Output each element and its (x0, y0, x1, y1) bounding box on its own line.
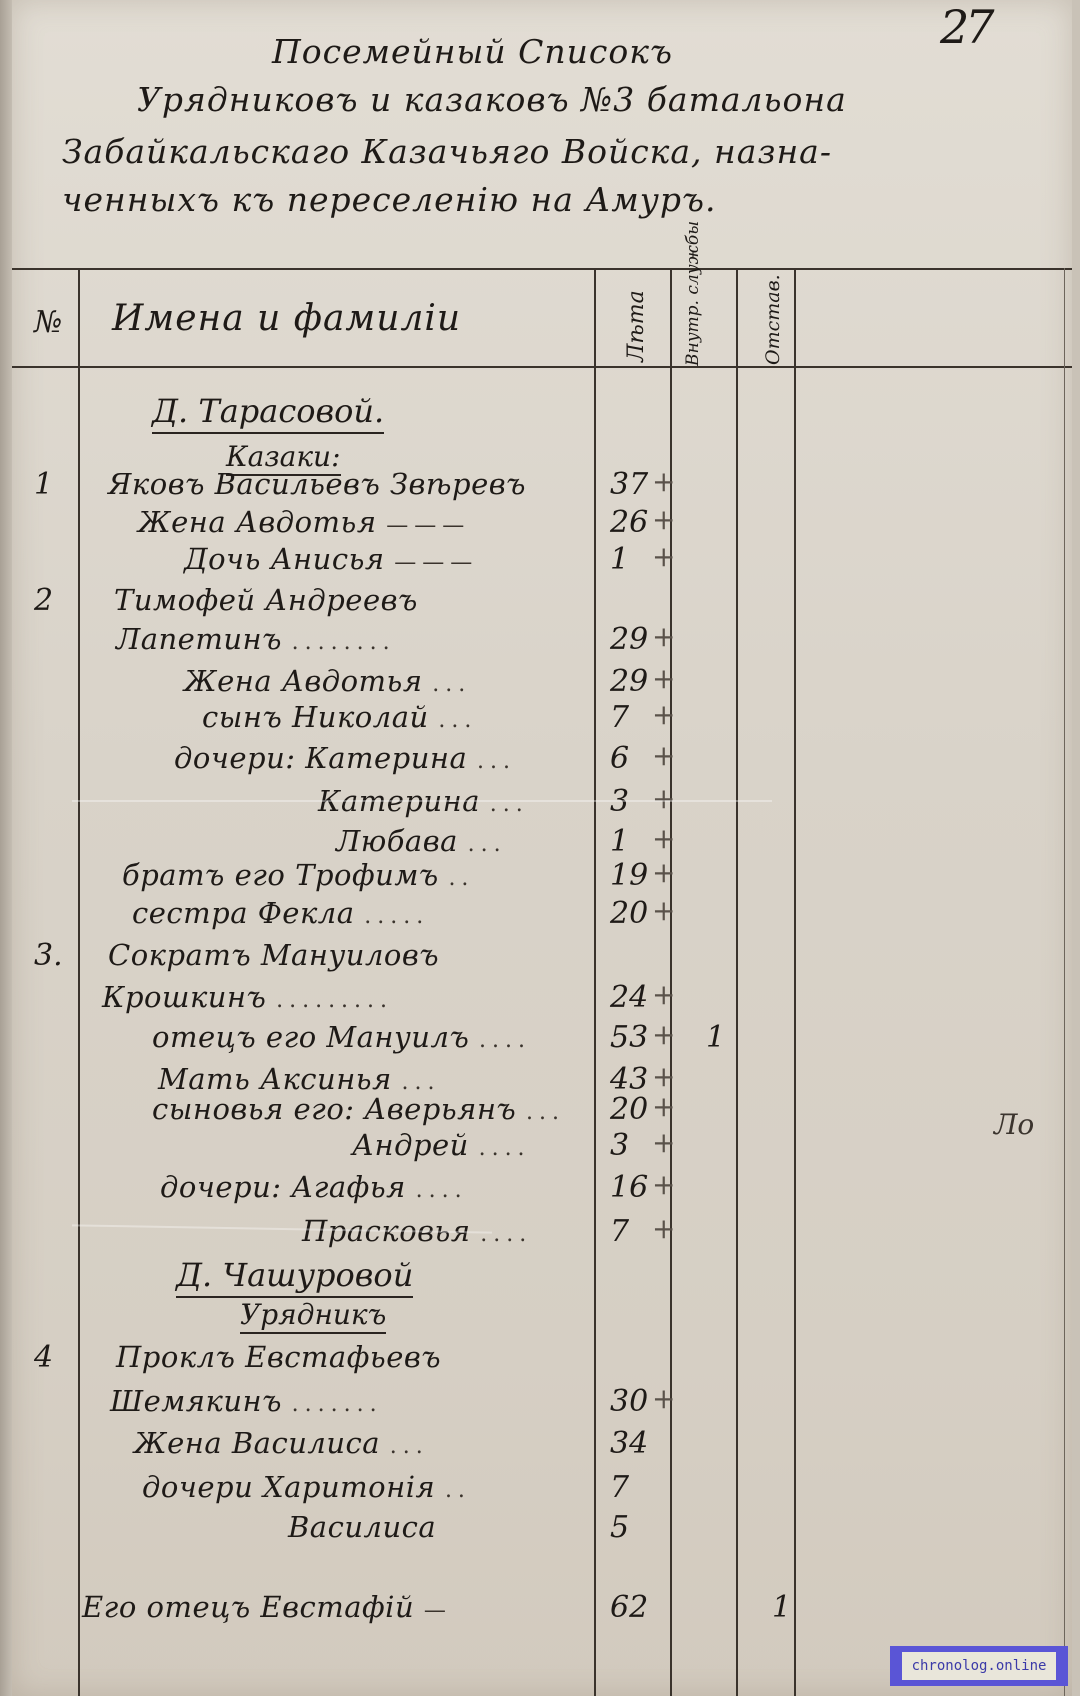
row-name: братъ его Трофимъ .. (122, 858, 474, 892)
table-top-rule (12, 268, 1072, 270)
row-name: Василиса (288, 1510, 436, 1544)
page-border (1064, 268, 1065, 1696)
section-village-heading: Д. Чашуровой (176, 1256, 413, 1298)
table-row: Лапетинъ ........ 29 + (12, 622, 812, 662)
table-row: дочери: Катерина ... 6 + (12, 741, 812, 781)
row-name: Жена Авдотья ... (184, 664, 471, 698)
table-row: дочери: Агафья .... 16 + (12, 1170, 812, 1210)
paper-crease (72, 800, 772, 802)
row-age: 29 (610, 664, 648, 699)
watermark-text: chronolog.online (902, 1652, 1056, 1680)
table-row: Василиса 5 (12, 1510, 812, 1550)
table-row: Крошкинъ ......... 24 + (12, 980, 812, 1020)
row-age: 1 (610, 542, 629, 577)
section-village-heading: Д. Тарасовой. (152, 392, 384, 434)
row-name: сыновья его: Аверьянъ ... (152, 1092, 565, 1126)
row-check-mark: + (652, 465, 675, 498)
table-row: Дочь Аниcья ——— 1 + (12, 542, 812, 582)
row-age: 34 (610, 1426, 648, 1461)
row-check-mark: + (652, 620, 675, 653)
row-age: 30 (610, 1384, 648, 1419)
table-row: 3. Сократъ Мануиловъ (12, 938, 812, 978)
margin-annotation: Ло (994, 1108, 1034, 1141)
row-check-mark: + (652, 856, 675, 889)
row-age: 3 (610, 1128, 629, 1163)
title-line: Посемейный Списокъ (272, 32, 673, 71)
row-name: Проклъ Евстафьевъ (116, 1340, 441, 1374)
row-age: 26 (610, 505, 648, 540)
row-retired: 1 (772, 1590, 791, 1625)
row-check-mark: + (652, 894, 675, 927)
table-row: 2 Тимофей Андреевъ (12, 583, 812, 623)
row-check-mark: + (652, 739, 675, 772)
row-check-mark: + (652, 698, 675, 731)
row-check-mark: + (652, 1018, 675, 1051)
row-check-mark: + (652, 1126, 675, 1159)
row-name: Мать Аксинья ... (158, 1062, 440, 1096)
row-name: Шемякинъ ....... (110, 1384, 383, 1418)
header-bottom-rule (12, 366, 1072, 368)
row-name: дочери Харитонія .. (142, 1470, 471, 1504)
row-number: 1 (34, 467, 53, 502)
row-check-mark: + (652, 978, 675, 1011)
row-age: 5 (610, 1510, 629, 1545)
row-check-mark: + (652, 540, 675, 573)
row-age: 62 (610, 1590, 648, 1625)
row-check-mark: + (652, 782, 675, 815)
table-row: Прасковья .... 7 + (12, 1214, 812, 1254)
row-name: Яковъ Васильевъ Звѣревъ (108, 467, 526, 501)
row-age: 16 (610, 1170, 648, 1205)
watermark-badge[interactable]: chronolog.online (890, 1646, 1068, 1686)
row-age: 7 (610, 1470, 629, 1505)
column-header-number: № (34, 305, 62, 340)
row-check-mark: + (652, 1212, 675, 1245)
row-age: 6 (610, 741, 629, 776)
row-name: сынъ Николай ... (202, 700, 477, 734)
row-name: Крошкинъ ......... (102, 980, 393, 1014)
row-check-mark: + (652, 503, 675, 536)
row-age: 37 (610, 467, 648, 502)
row-name: дочери: Агафья .... (160, 1170, 468, 1204)
row-age: 20 (610, 1092, 648, 1127)
row-name: Жена Авдотья ——— (138, 505, 470, 539)
table-row: Шемякинъ ....... 30 + (12, 1384, 812, 1424)
row-name: Сократъ Мануиловъ (108, 938, 439, 972)
row-check-mark: + (652, 822, 675, 855)
row-number: 4 (34, 1340, 53, 1375)
table-row: отецъ его Мануилъ .... 53 + 1 (12, 1020, 812, 1060)
row-name: Любава ... (336, 824, 507, 858)
table-row: 1 Яковъ Васильевъ Звѣревъ 37 + (12, 467, 812, 507)
row-name: Андрей .... (352, 1128, 531, 1162)
title-line: ченныхъ къ переселенію на Амуръ. (62, 180, 717, 219)
title-line: Урядниковъ и казаковъ №3 батальона (137, 80, 847, 119)
row-service: 1 (706, 1020, 725, 1055)
table-row: Жена Василиса ... 34 (12, 1426, 812, 1466)
row-number: 3. (34, 938, 63, 973)
section-rank-heading: Урядникъ (240, 1298, 386, 1334)
column-header-service: Внутр. службы (684, 266, 702, 366)
table-row: Катерина ... 3 + (12, 784, 812, 824)
row-name: Тимофей Андреевъ (114, 583, 418, 617)
table-row: 4 Проклъ Евстафьевъ (12, 1340, 812, 1380)
row-name: сестра Фекла ..... (132, 896, 429, 930)
row-age: 20 (610, 896, 648, 931)
row-age: 1 (610, 824, 629, 859)
row-name: Жена Василиса ... (134, 1426, 429, 1460)
column-header-retired: Отстав. (762, 270, 784, 365)
row-name: отецъ его Мануилъ .... (152, 1020, 531, 1054)
table-row: сынъ Николай ... 7 + (12, 700, 812, 740)
table-row: Его отецъ Евстафій — 62 1 (12, 1590, 812, 1630)
row-age: 53 (610, 1020, 648, 1055)
table-row: сестра Фекла ..... 20 + (12, 896, 812, 936)
table-row: сыновья его: Аверьянъ ... 20 + (12, 1092, 812, 1132)
row-check-mark: + (652, 1060, 675, 1093)
row-check-mark: + (652, 1382, 675, 1415)
row-check-mark: + (652, 1168, 675, 1201)
row-name: Дочь Аниcья ——— (184, 542, 478, 576)
row-name: Его отецъ Евстафій — (82, 1590, 452, 1624)
document-page: 27 Посемейный Списокъ Урядниковъ и казак… (12, 0, 1072, 1696)
page-number: 27 (940, 0, 991, 54)
row-age: 19 (610, 858, 648, 893)
row-check-mark: + (652, 1090, 675, 1123)
table-row: Жена Авдотья ... 29 + (12, 664, 812, 704)
row-number: 2 (34, 583, 53, 618)
table-row: дочери Харитонія .. 7 (12, 1470, 812, 1510)
row-age: 29 (610, 622, 648, 657)
row-age: 7 (610, 1214, 629, 1249)
row-age: 7 (610, 700, 629, 735)
table-row: Андрей .... 3 + (12, 1128, 812, 1168)
row-age: 24 (610, 980, 648, 1015)
page-edge (0, 0, 12, 1696)
title-line: Забайкальскаго Казачьяго Войска, назна- (62, 132, 832, 171)
column-header-names: Имена и фамиліи (112, 298, 461, 339)
row-check-mark: + (652, 662, 675, 695)
row-name: дочери: Катерина ... (174, 741, 516, 775)
row-name: Лапетинъ ........ (116, 622, 396, 656)
table-row: братъ его Трофимъ .. 19 + (12, 858, 812, 898)
column-header-age: Лѣта (624, 272, 649, 362)
table-row: Жена Авдотья ——— 26 + (12, 505, 812, 545)
